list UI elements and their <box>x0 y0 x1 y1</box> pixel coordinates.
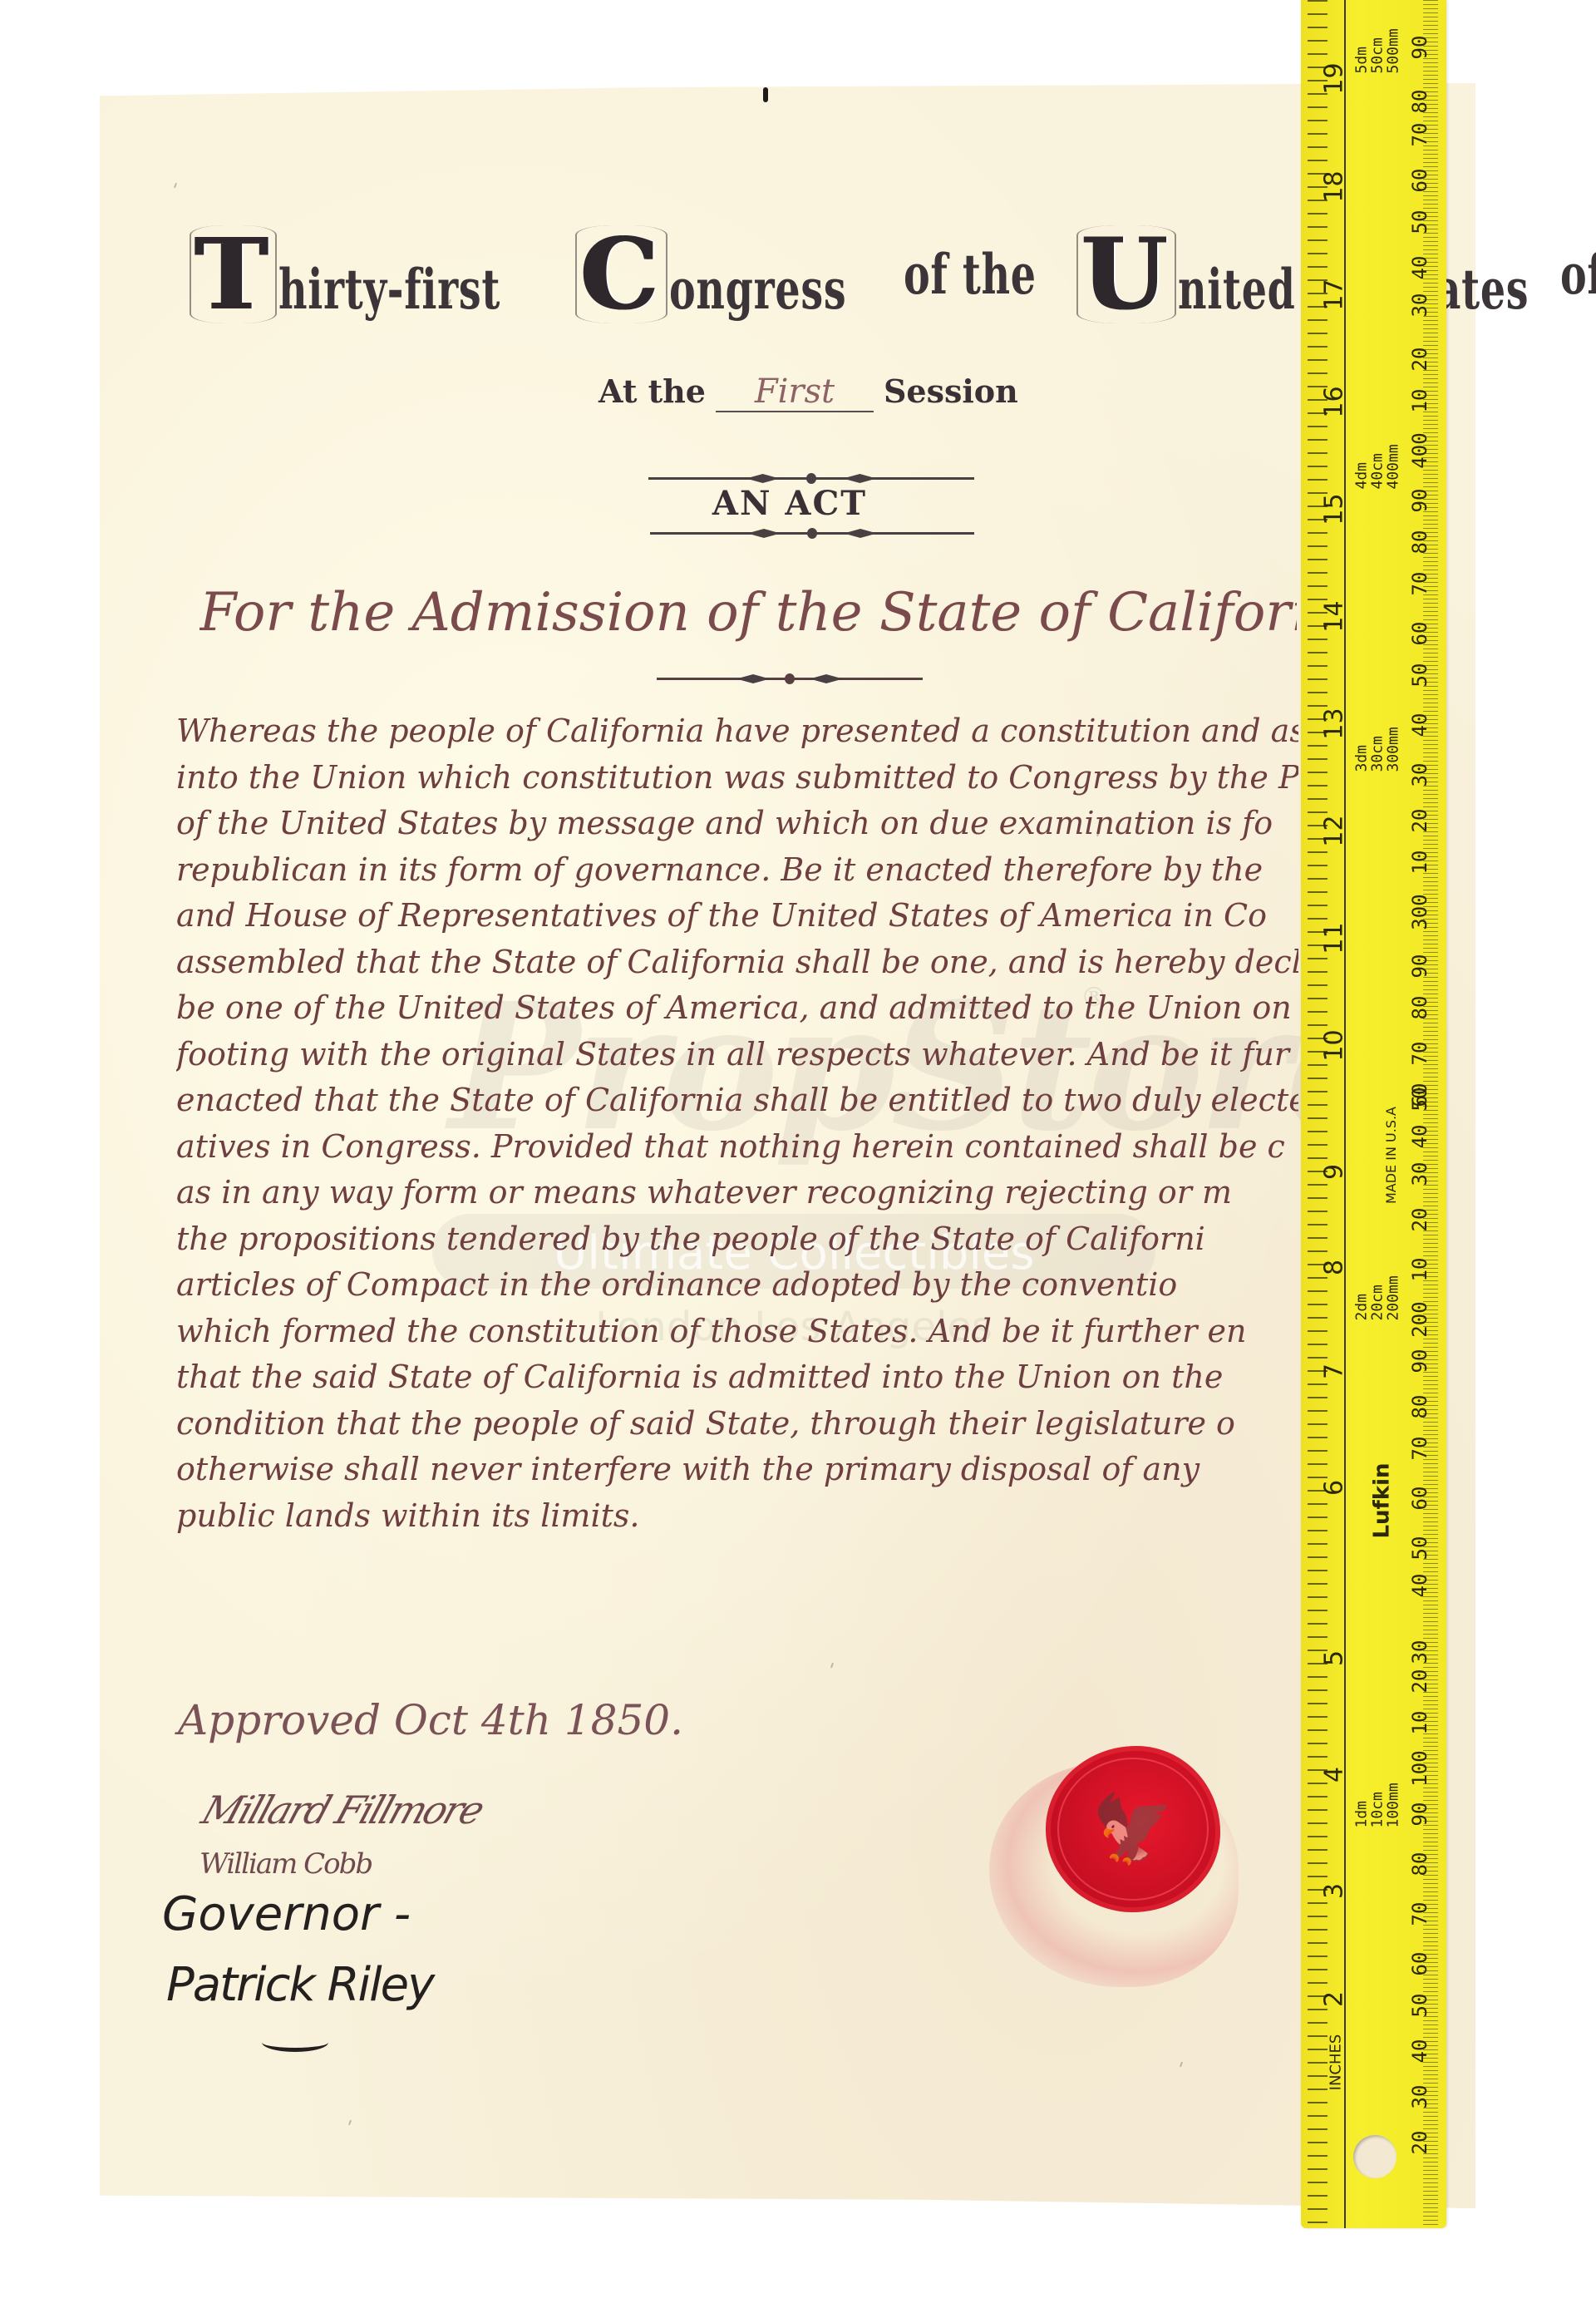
ink-mark <box>763 87 768 102</box>
mm-label: 50 <box>1408 654 1431 696</box>
mm-label: 20 <box>1408 1660 1431 1702</box>
title-word: United <box>1076 225 1308 323</box>
mm-label: 70 <box>1408 1033 1431 1074</box>
act-body-line: footing with the original States in all … <box>176 1032 1298 1078</box>
inch-label: 15 <box>1320 493 1349 526</box>
mm-label: 70 <box>1408 114 1431 155</box>
act-body: Whereas the people of California have pr… <box>176 708 1298 1539</box>
dm-label: 2dm 20cm 200mm <box>1354 1271 1401 1321</box>
paper-speck <box>1180 2062 1183 2067</box>
mm-label: 20 <box>1408 338 1431 380</box>
mm-label: 40 <box>1408 247 1431 288</box>
mm-label: 80 <box>1408 987 1431 1028</box>
ruler-hang-hole <box>1353 2135 1396 2178</box>
mm-label: 400 <box>1408 430 1431 471</box>
act-body-line: into the Union which constitution was su… <box>176 755 1298 801</box>
mm-label: 80 <box>1408 1386 1431 1428</box>
dm-label: 1dm 10cm 100mm <box>1354 1778 1401 1828</box>
illuminated-initial: U <box>1076 225 1176 323</box>
signature-underline <box>262 2033 328 2052</box>
session-handwritten-value: First <box>716 372 874 412</box>
title-word-text: of the <box>904 242 1037 307</box>
mm-label: 90 <box>1408 1793 1431 1835</box>
mm-label: 70 <box>1408 563 1431 604</box>
mm-label: 90 <box>1408 27 1431 68</box>
act-body-line: enacted that the State of California sha… <box>176 1078 1298 1124</box>
session-prefix: At the <box>598 372 706 410</box>
signature-riley-text: Patrick Riley <box>166 1958 433 2012</box>
inch-label: 11 <box>1320 922 1349 955</box>
inch-label: 13 <box>1320 708 1349 741</box>
mm-label: 90 <box>1408 945 1431 987</box>
mm-label: 80 <box>1408 1843 1431 1885</box>
act-body-line: assembled that the State of California s… <box>176 939 1298 986</box>
dm-label: 5dm 50cm 500mm <box>1354 24 1401 74</box>
ornamental-rule-top <box>648 477 974 480</box>
mm-label: 10 <box>1408 1702 1431 1743</box>
inch-label: 19 <box>1320 62 1349 96</box>
mm-label: 70 <box>1408 1428 1431 1469</box>
act-body-line: condition that the people of said State,… <box>176 1401 1298 1447</box>
inch-label: 2 <box>1320 1983 1349 2016</box>
mm-label: 80 <box>1408 521 1431 563</box>
inch-label: 16 <box>1320 386 1349 419</box>
mm-label: 40 <box>1408 2030 1431 2072</box>
inch-label: 14 <box>1320 600 1349 634</box>
mm-label: 50 <box>1408 201 1431 243</box>
signature-cobb: William Cobb <box>199 1847 372 1881</box>
mm-label: 10 <box>1408 380 1431 422</box>
inch-label: 7 <box>1320 1355 1349 1388</box>
mm-label: 40 <box>1408 1116 1431 1157</box>
signature-riley: Patrick Riley <box>166 1958 433 2012</box>
inch-label: 6 <box>1320 1472 1349 1505</box>
mm-label: 30 <box>1408 1153 1431 1195</box>
mm-label: 30 <box>1408 2076 1431 2118</box>
act-body-line: and House of Representatives of the Unit… <box>176 893 1298 939</box>
mm-label: 60 <box>1408 160 1431 201</box>
act-purpose: For the Admission of the State of Califo… <box>199 582 1297 644</box>
mm-label: 300 <box>1408 891 1431 933</box>
act-body-line: atives in Congress. Provided that nothin… <box>176 1124 1298 1171</box>
mm-label: 60 <box>1408 1943 1431 1985</box>
title-word: of the <box>904 242 1055 307</box>
act-body-line: of the United States by message and whic… <box>176 801 1298 847</box>
title-word: Congress <box>575 225 882 323</box>
dm-label: 4dm 40cm 400mm <box>1354 440 1401 490</box>
mm-label: 30 <box>1408 284 1431 326</box>
act-body-line: the propositions tendered by the people … <box>176 1216 1298 1263</box>
ruler-units: INCHES <box>1327 2034 1344 2091</box>
ruler-made-in: MADE IN U.S.A <box>1383 1107 1399 1204</box>
mm-label: 30 <box>1408 754 1431 796</box>
ruler-brand: Lufkin <box>1370 1462 1395 1538</box>
inch-label: 9 <box>1320 1156 1349 1189</box>
act-body-line: which formed the constitution of those S… <box>176 1309 1298 1355</box>
mm-label: 20 <box>1408 1199 1431 1240</box>
act-body-line: otherwise shall never interfere with the… <box>176 1447 1298 1493</box>
title-word-text: nited <box>1178 257 1296 322</box>
approval-date: Approved Oct 4th 1850. <box>178 1696 683 1744</box>
act-body-line: public lands within its limits. <box>176 1493 1298 1540</box>
inch-label: 5 <box>1320 1642 1349 1675</box>
mm-label: 90 <box>1408 480 1431 521</box>
inch-label: 17 <box>1320 279 1349 312</box>
ornamental-rule-purpose <box>657 678 923 680</box>
mm-label: 50 <box>1408 1527 1431 1569</box>
mm-label: 100 <box>1408 1748 1431 1789</box>
inch-label: 12 <box>1320 815 1349 848</box>
act-body-line: republican in its form of governance. Be… <box>176 847 1298 894</box>
paper-speck <box>830 1663 834 1668</box>
mm-label: 60 <box>1408 1477 1431 1519</box>
act-body-line: articles of Compact in the ordinance ado… <box>176 1262 1298 1309</box>
mm-label: 90 <box>1408 1340 1431 1382</box>
paper-speck <box>348 2120 352 2125</box>
illuminated-initial: C <box>575 225 667 323</box>
mm-label: 60 <box>1408 613 1431 654</box>
mm-label: 10 <box>1408 841 1431 883</box>
mm-label: 50 <box>1408 1078 1431 1120</box>
mm-label: 20 <box>1408 800 1431 841</box>
act-body-line: be one of the United States of America, … <box>176 985 1298 1032</box>
title-word-text: hirty-first <box>278 257 500 322</box>
paper-speck <box>174 183 177 188</box>
measuring-ruler: MADE IN U.S.A Lufkin INCHES 191817161514… <box>1301 0 1446 2228</box>
eagle-seal-icon: 🦅 <box>1091 1796 1175 1862</box>
mm-label: 50 <box>1408 1985 1431 2026</box>
inch-label: 3 <box>1320 1875 1349 1908</box>
act-body-line: Whereas the people of California have pr… <box>176 708 1298 755</box>
governor-label: Governor - <box>162 1887 411 1941</box>
title-word: Thirty-first <box>190 225 554 323</box>
inch-label: 4 <box>1320 1758 1349 1792</box>
mm-label: 200 <box>1408 1299 1431 1340</box>
inch-label: 18 <box>1320 170 1349 204</box>
mm-label: 10 <box>1408 1249 1431 1290</box>
signature-fillmore: Millard Fillmore <box>196 1788 488 1832</box>
act-heading: AN ACT <box>648 484 931 523</box>
wax-seal: 🦅 <box>1046 1746 1220 1912</box>
illuminated-initial: T <box>190 225 277 323</box>
act-body-line: as in any way form or means whatever rec… <box>176 1170 1298 1216</box>
session-line: At theFirstSession <box>598 372 1031 422</box>
title-word-text: of <box>1560 242 1596 307</box>
mm-label: 70 <box>1408 1893 1431 1935</box>
inch-label: 8 <box>1320 1251 1349 1285</box>
title-word: of <box>1560 242 1589 307</box>
session-suffix: Session <box>884 372 1018 410</box>
mm-label: 20 <box>1408 2122 1431 2163</box>
mm-label: 40 <box>1408 1565 1431 1606</box>
mm-label: 40 <box>1408 704 1431 746</box>
inch-label: 10 <box>1320 1029 1349 1063</box>
congress-title: Thirty-firstCongressof theUnitedStatesof… <box>190 212 1303 337</box>
dm-label: 3dm 30cm 300mm <box>1354 722 1401 772</box>
title-word-text: ongress <box>669 257 846 322</box>
act-body-line: that the said State of California is adm… <box>176 1354 1298 1401</box>
ornamental-rule-bottom <box>650 532 974 535</box>
